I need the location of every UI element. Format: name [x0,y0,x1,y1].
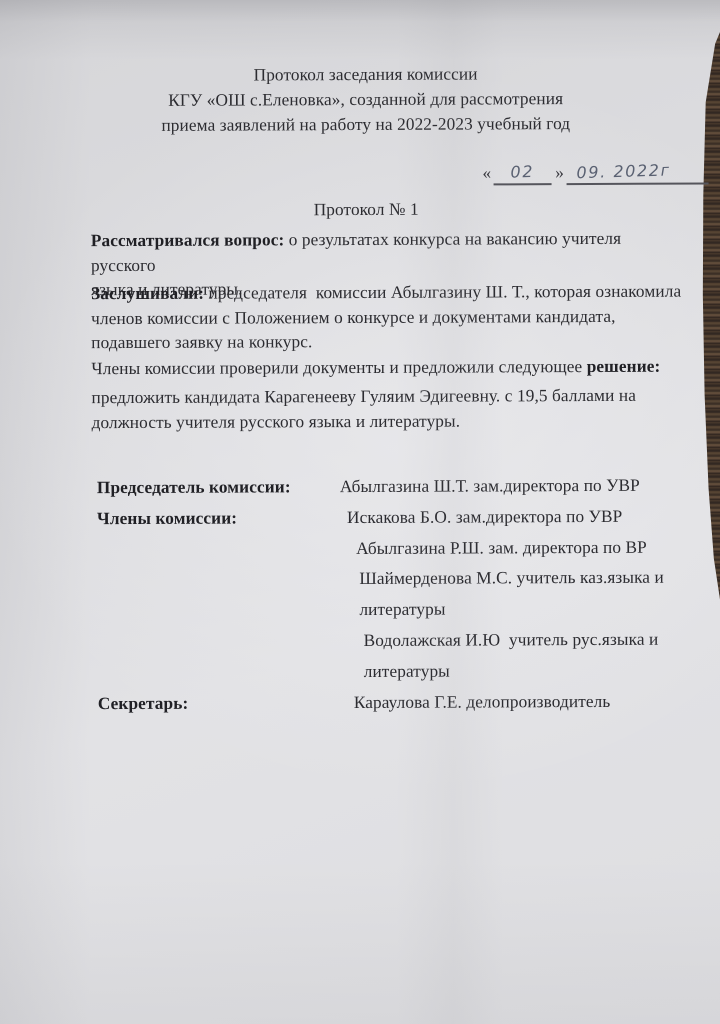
signature-person: Водолажская И.Ю учитель рус.языка и [341,630,659,651]
protocol-number-heading: Протокол № 1 [69,197,664,224]
signature-row-member-3: Шаймерденова М.С. учитель каз.языка и [97,568,700,601]
question-label: Рассматривался вопрос: [91,230,285,250]
close-quote: » [551,163,566,185]
heard-text-line1: председателя комиссии Абылгазину Ш. Т., … [204,282,681,303]
decision-label: решение: [587,357,661,376]
signature-row-secretary: Секретарь: Караулова Г.Е. делопроизводит… [98,691,701,724]
paragraph-heard: Заслушивали: председателя комиссии Абылг… [91,280,689,356]
title-line-2: КГУ «ОШ с.Еленовка», созданной для рассм… [68,86,663,114]
title-line-1: Протокол заседания комиссии [68,61,663,89]
heard-text-line2: членов комиссии с Положением о конкурсе … [91,306,615,327]
paragraph-decision-intro: Члены комиссии проверили документы и пре… [91,355,689,382]
signature-person: Караулова Г.Е. делопроизводитель [341,691,611,712]
decision-text-line1: предложить кандидата Карагенееву Гуляим … [91,386,636,407]
handwritten-month-year: 09. 2022г [576,160,671,182]
signature-person: Шаймерденова М.С. учитель каз.языка и [340,568,664,589]
signature-role-label: Члены комиссии: [97,508,340,529]
signature-row-chairman: Председатель комиссии: Абылгазина Ш.Т. з… [97,476,700,509]
signature-role-label [97,539,340,540]
signature-role-label [97,569,340,570]
open-quote: « [482,163,493,185]
signature-role-label [98,662,341,663]
decision-intro-text: Члены комиссии проверили документы и пре… [91,357,586,378]
paragraph-decision-body: предложить кандидата Карагенееву Гуляим … [91,384,689,436]
scanned-document-photo: Протокол заседания комиссии КГУ «ОШ с.Ел… [0,0,720,1024]
signature-role-label: Председатель комиссии: [97,477,340,498]
signature-person: Абылгазина Р.Ш. зам. директора по ВР [340,537,647,558]
signature-block: Председатель комиссии: Абылгазина Ш.Т. з… [97,476,701,725]
signature-person: Абылгазина Ш.Т. зам.директора по УВР [340,476,640,497]
signature-person: литературы [341,661,450,681]
signature-person: Искакова Б.О. зам.директора по УВР [340,507,622,528]
heard-label: Заслушивали: [91,284,204,303]
document-page: Протокол заседания комиссии КГУ «ОШ с.Ел… [0,0,720,1024]
date-day-underline: 02 [493,163,551,185]
signature-person: литературы [340,600,445,620]
date-monthyear-underline: 09. 2022г [566,162,708,185]
signature-role-label [98,631,341,632]
signature-role-label: Секретарь: [98,693,341,714]
title-line-3: приема заявлений на работу на 2022-2023 … [68,111,663,139]
document-title: Протокол заседания комиссии КГУ «ОШ с.Ел… [68,61,663,139]
signature-role-label [97,600,340,601]
date-line: « 02 » 09. 2022г [482,154,708,185]
heard-text-line3: подавшего заявку на конкурс. [91,332,312,352]
signature-row-members: Члены комиссии: Искакова Б.О. зам.директ… [97,506,700,539]
decision-text-line2: должность учителя русского языка и литер… [92,411,461,432]
signature-row-member-2: Абылгазина Р.Ш. зам. директора по ВР [97,537,700,570]
signature-row-member-4: Водолажская И.Ю учитель рус.языка и [98,629,701,662]
handwritten-day: 02 [510,162,534,182]
signature-row-member-3-cont: литературы [97,599,700,632]
signature-row-member-4-cont: литературы [98,660,701,693]
